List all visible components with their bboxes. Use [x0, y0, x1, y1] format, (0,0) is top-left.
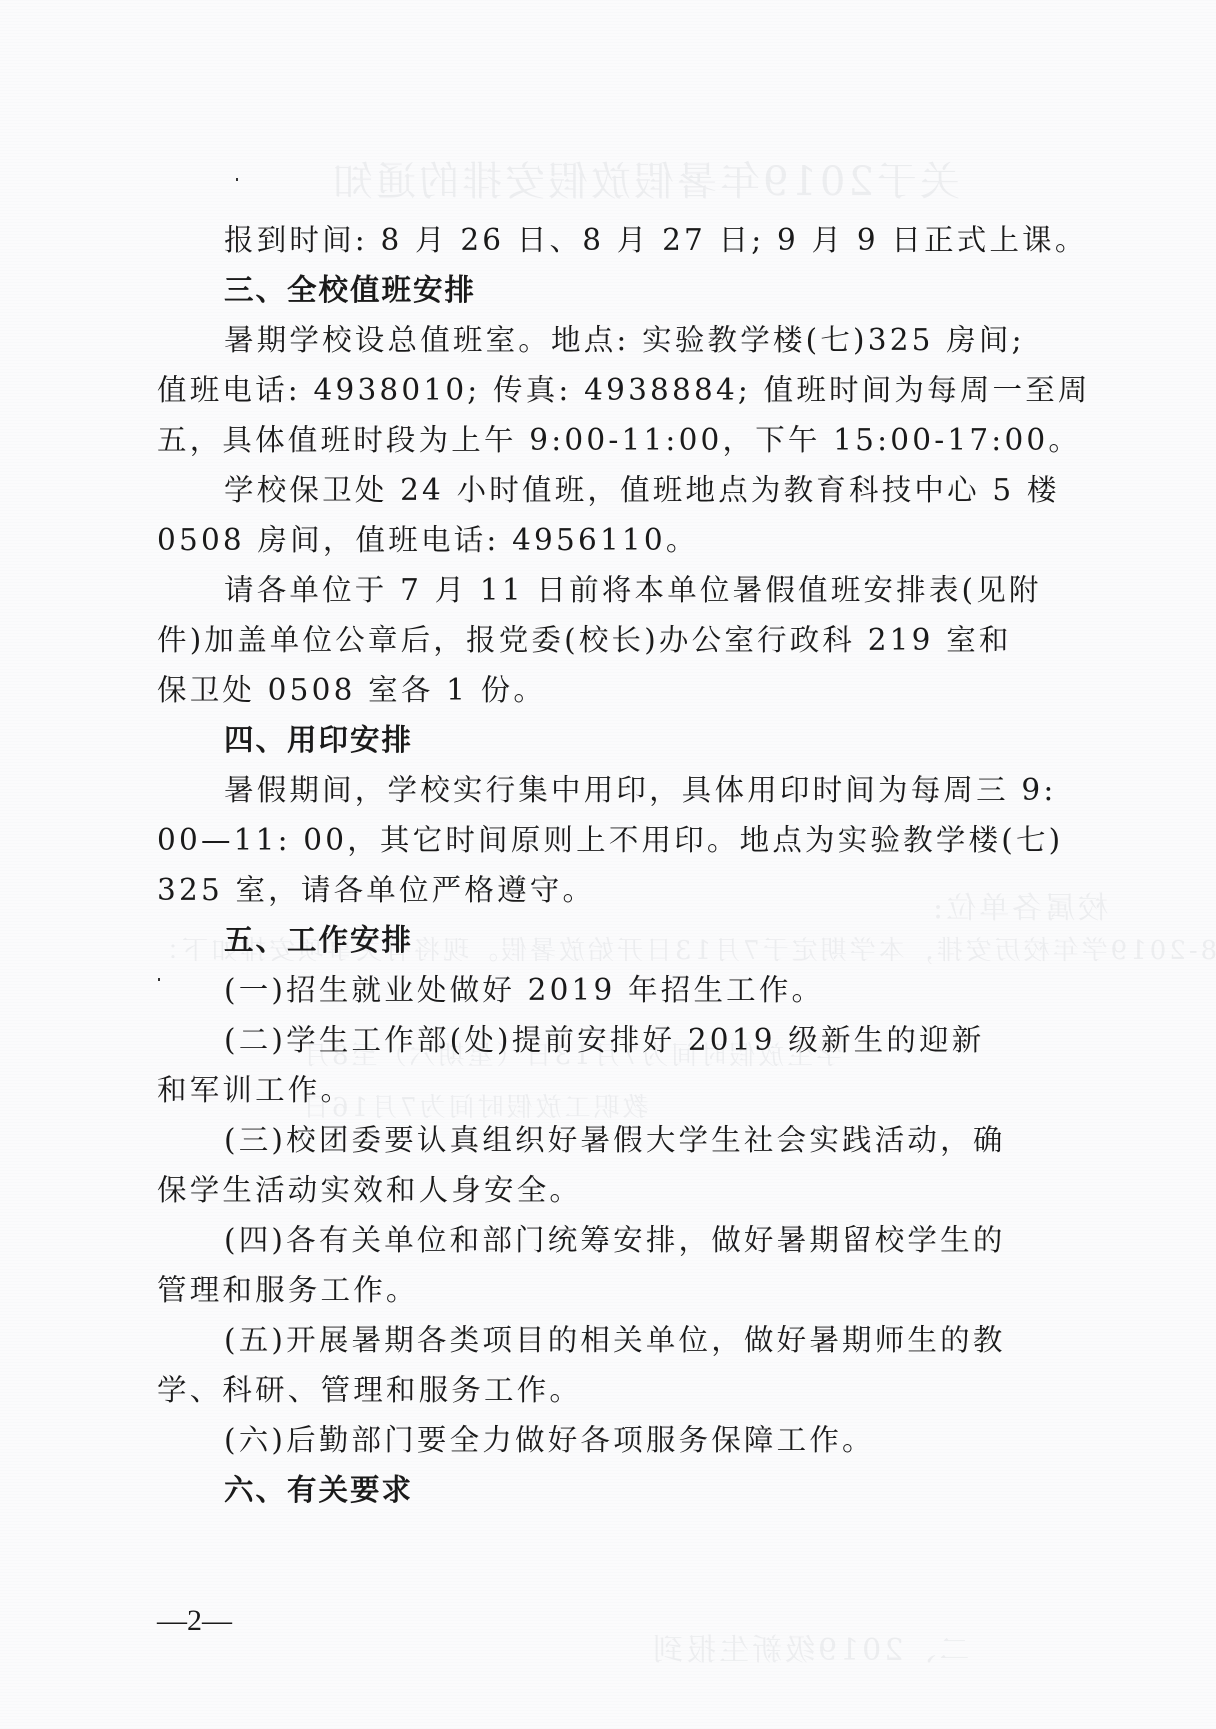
bleed-through-title: 关于2019年暑假放假安排的通知	[330, 150, 960, 207]
paragraph-line: 暑期学校设总值班室。地点: 实验教学楼(七)325 房间;	[224, 322, 1025, 358]
paragraph-line: 和军训工作。	[157, 1072, 353, 1108]
paragraph-line: 保学生活动实效和人身安全。	[157, 1172, 582, 1208]
section-heading: 四、用印安排	[224, 722, 413, 758]
paragraph-line: (一)招生就业处做好 2019 年招生工作。	[224, 972, 824, 1008]
scan-speck	[158, 978, 160, 981]
bleed-through-text: 二、2019级新生报到	[650, 1625, 969, 1669]
paragraph-line: (三)校团委要认真组织好暑假大学生社会实践活动，确	[224, 1122, 1006, 1158]
section-heading: 六、有关要求	[224, 1472, 413, 1508]
paragraph-line: 五，具体值班时段为上午 9:00-11:00，下午 15:00-17:00。	[157, 422, 1081, 458]
document-page: 关于2019年暑假放假安排的通知 校属各单位: 根据2018-2019学年校历安…	[0, 0, 1216, 1729]
section-heading: 五、工作安排	[224, 922, 413, 958]
paragraph-line: 325 室，请各单位严格遵守。	[157, 872, 595, 908]
paragraph-line: 报到时间: 8 月 26 日、8 月 27 日; 9 月 9 日正式上课。	[224, 222, 1088, 258]
paragraph-line: (六)后勤部门要全力做好各项服务保障工作。	[224, 1422, 875, 1458]
paragraph-line: 学校保卫处 24 小时值班，值班地点为教育科技中心 5 楼	[224, 472, 1060, 508]
paragraph-line: 暑假期间，学校实行集中用印，具体用印时间为每周三 9:	[224, 772, 1057, 808]
paragraph-line: 00—11: 00，其它时间原则上不用印。地点为实验教学楼(七)	[157, 822, 1063, 858]
paragraph-line: 请各单位于 7 月 11 日前将本单位暑假值班安排表(见附	[224, 572, 1042, 608]
paragraph-line: 件)加盖单位公章后，报党委(校长)办公室行政科 219 室和	[157, 622, 1012, 658]
paragraph-line: 保卫处 0508 室各 1 份。	[157, 672, 546, 708]
paragraph-line: (二)学生工作部(处)提前安排好 2019 级新生的迎新	[224, 1022, 984, 1058]
paragraph-line: 0508 房间，值班电话: 4956110。	[157, 522, 699, 558]
scan-speck	[236, 178, 238, 181]
paragraph-line: 管理和服务工作。	[157, 1272, 419, 1308]
paragraph-line: (五)开展暑期各类项目的相关单位，做好暑期师生的教	[224, 1322, 1006, 1358]
page-number: —2—	[157, 1604, 232, 1638]
bleed-through-text: 校属各单位:	[930, 883, 1108, 927]
paragraph-line: (四)各有关单位和部门统筹安排，做好暑期留校学生的	[224, 1222, 1006, 1258]
paragraph-line: 学、科研、管理和服务工作。	[157, 1372, 582, 1408]
paragraph-line: 值班电话: 4938010; 传真: 4938884; 值班时间为每周一至周	[157, 372, 1091, 408]
section-heading: 三、全校值班安排	[224, 272, 476, 308]
